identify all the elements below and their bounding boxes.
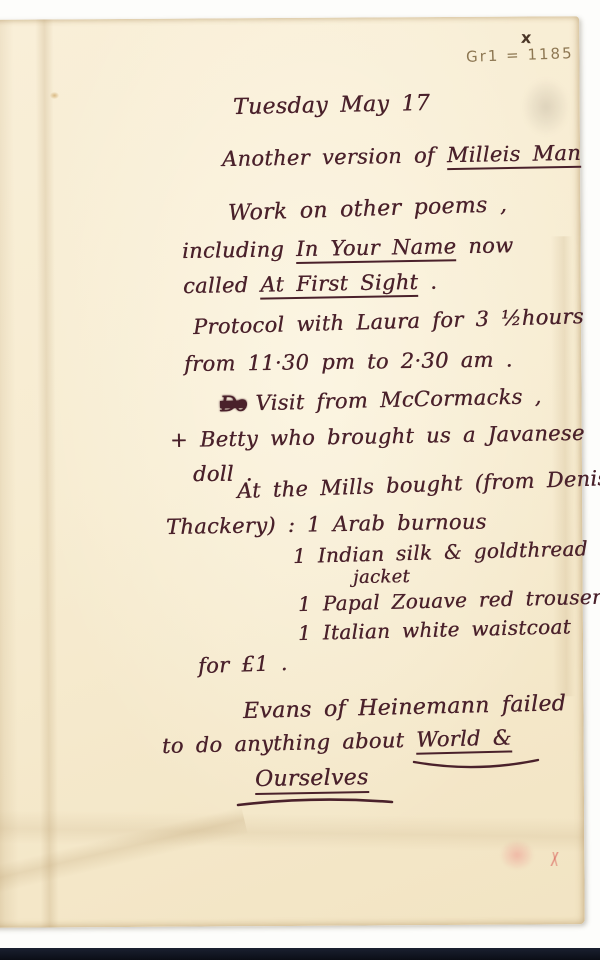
manuscript-line: called At First Sight . [183, 269, 438, 300]
line-text: . [418, 270, 437, 294]
manuscript-line: for £1 . [198, 650, 288, 679]
manuscript-line: Thackery) : 1 Arab burnous [166, 508, 487, 540]
line-text: Tuesday May 17 [233, 91, 431, 120]
manuscript-line: from 11·30 pm to 2·30 am . [184, 346, 513, 377]
line-text: Thackery) : 1 Arab burnous [166, 509, 487, 539]
line-text: from 11·30 pm to 2·30 am . [184, 347, 513, 376]
line-text: Another version of [222, 143, 447, 171]
underline-swoosh [412, 756, 542, 774]
vertical-crease [35, 19, 59, 927]
manuscript-line: Ourselves [255, 764, 369, 793]
underlined-title: In Your Name [296, 234, 457, 264]
manuscript-line-date: Tuesday May 17 [233, 90, 431, 122]
manuscript-line: jacket [353, 566, 410, 589]
line-text: called [183, 273, 261, 298]
crossed-out-word: Do [220, 391, 246, 416]
underlined-title: At First Sight [260, 270, 418, 300]
underlined-title: World & [416, 725, 512, 754]
underline-swoosh [236, 794, 396, 810]
check-x-mark: x [521, 28, 532, 48]
catalog-number: Gr1 = 1185 [466, 44, 574, 66]
left-fold-shadow [0, 20, 19, 928]
manuscript-line: Another version of Milleis Man [222, 140, 581, 173]
scanner-bed-strip [0, 948, 600, 960]
scanned-page: x Gr1 = 1185 Tuesday May 17 Another vers… [0, 0, 600, 960]
line-text: jacket [353, 566, 410, 588]
underlined-title: Ourselves [255, 765, 369, 795]
line-text: including [182, 237, 296, 263]
line-text: for £1 . [198, 651, 288, 678]
horizontal-crease [0, 810, 584, 853]
line-text: now [456, 233, 513, 258]
underlined-title: Milleis Man [447, 141, 582, 170]
diagonal-crease [0, 766, 257, 942]
line-text: to do anything about [162, 728, 417, 758]
